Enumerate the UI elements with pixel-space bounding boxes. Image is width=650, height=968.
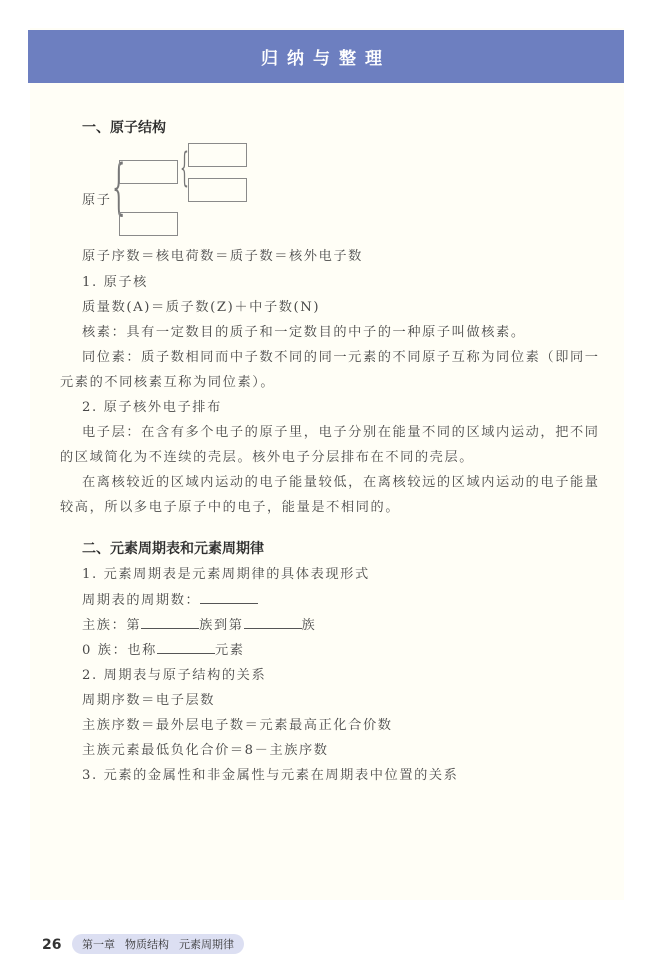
subheading-nucleus: 1. 原子核 xyxy=(82,271,148,290)
period-count-line: 周期表的周期数： xyxy=(82,589,258,608)
text-line: 核素：具有一定数目的质子和一定数目的中子的一种原子叫做核素。 xyxy=(82,321,526,340)
text-line: 较高，所以多电子原子中的电子，能量是不相同的。 xyxy=(60,496,400,515)
main-group-suffix: 族 xyxy=(302,618,317,633)
header-banner: 归纳与整理 xyxy=(28,30,624,83)
text-line: 主族元素最低负化合价＝8－主族序数 xyxy=(82,739,329,758)
text-line: 周期序数＝电子层数 xyxy=(82,689,215,708)
section-title-atomic-structure: 一、原子结构 xyxy=(82,117,166,137)
main-group-middle: 族到第 xyxy=(199,618,243,633)
page-number: 26 xyxy=(42,937,61,953)
chapter-part2: 元素周期律 xyxy=(179,936,234,952)
text-line: 质量数(A)＝质子数(Z)＋中子数(N) xyxy=(82,296,320,315)
group0-suffix: 元素 xyxy=(215,643,245,658)
blank-box-electrons[interactable] xyxy=(119,212,178,236)
diagram-label-atom: 原子 xyxy=(82,189,112,208)
main-group-prefix: 主族：第 xyxy=(82,618,141,633)
subheading-structure-relation: 2. 周期表与原子结构的关系 xyxy=(82,664,266,683)
chapter-part1: 物质结构 xyxy=(125,936,169,952)
fill-in-blank[interactable] xyxy=(244,616,302,629)
text-line: 元素的不同核素互称为同位素）。 xyxy=(60,371,275,390)
group0-prefix: 0 族：也称 xyxy=(82,643,157,658)
subheading-electron-arrangement: 2. 原子核外电子排布 xyxy=(82,396,222,415)
section-title-periodic-table: 二、元素周期表和元素周期律 xyxy=(82,538,264,558)
blank-box-neutron[interactable] xyxy=(188,178,247,202)
text-line: 主族序数＝最外层电子数＝元素最高正化合价数 xyxy=(82,714,393,733)
subheading-periodic-table: 1. 元素周期表是元素周期律的具体表现形式 xyxy=(82,563,370,582)
fill-in-blank[interactable] xyxy=(200,591,258,604)
chapter-number: 第一章 xyxy=(82,936,115,952)
period-label: 周期表的周期数： xyxy=(82,593,200,608)
header-title: 归纳与整理 xyxy=(261,44,391,69)
chapter-label: 第一章 物质结构 元素周期律 xyxy=(72,934,244,954)
main-group-line: 主族：第族到第族 xyxy=(82,614,316,633)
blank-box-proton[interactable] xyxy=(188,143,247,167)
fill-in-blank[interactable] xyxy=(157,641,215,654)
text-line: 的区域简化为不连续的壳层。核外电子分层排布在不同的壳层。 xyxy=(60,446,474,465)
text-line: 原子序数＝核电荷数＝质子数＝核外电子数 xyxy=(82,245,363,264)
text-line: 电子层：在含有多个电子的原子里，电子分别在能量不同的区域内运动，把不同 xyxy=(82,421,600,440)
subheading-metallic-property: 3. 元素的金属性和非金属性与元素在周期表中位置的关系 xyxy=(82,764,458,783)
group0-line: 0 族：也称元素 xyxy=(82,639,245,658)
blank-box-nucleus[interactable] xyxy=(119,160,178,184)
text-line: 同位素：质子数相同而中子数不同的同一元素的不同原子互称为同位素（即同一 xyxy=(82,346,600,365)
text-line: 在离核较近的区域内运动的电子能量较低，在离核较远的区域内运动的电子能量 xyxy=(82,471,600,490)
fill-in-blank[interactable] xyxy=(141,616,199,629)
